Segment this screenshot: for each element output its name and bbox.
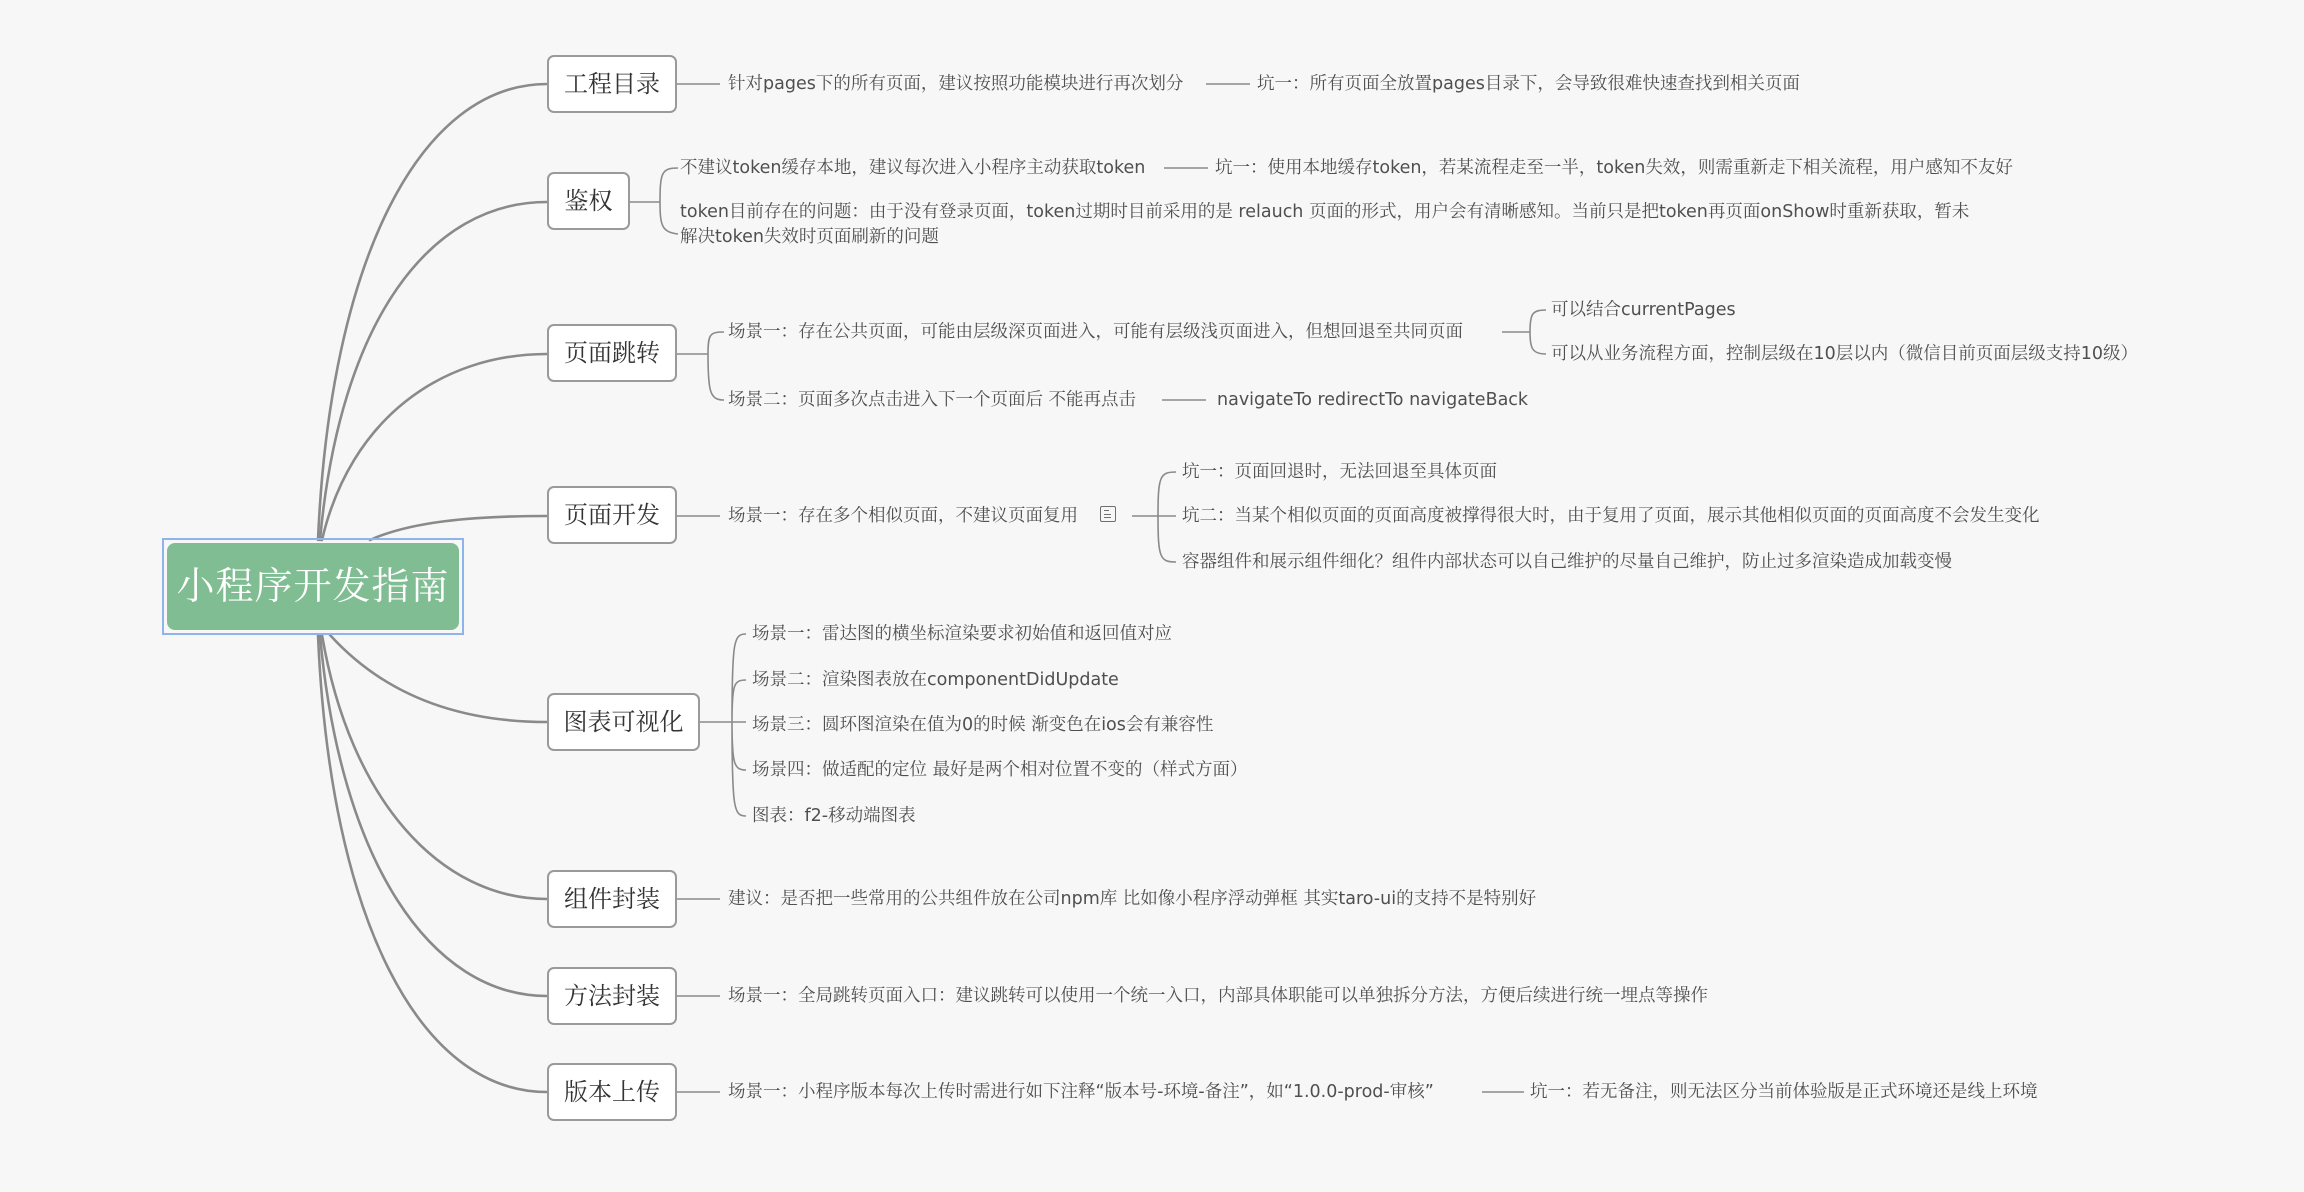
leaf-node[interactable]: 坑一：所有页面全放置pages目录下，会导致很难快速查找到相关页面 xyxy=(1257,73,1800,95)
leaf-node[interactable]: 图表：f2-移动端图表 xyxy=(752,805,916,827)
root-node[interactable]: 小程序开发指南 xyxy=(167,543,459,630)
leaf-node[interactable]: 场景四：做适配的定位 最好是两个相对位置不变的（样式方面） xyxy=(752,759,1248,781)
leaf-node[interactable]: 不建议token缓存本地，建议每次进入小程序主动获取token xyxy=(680,157,1145,179)
topic-authentication[interactable]: 鉴权 xyxy=(547,172,630,230)
leaf-node[interactable]: 坑一：若无备注，则无法区分当前体验版是正式环境还是线上环境 xyxy=(1530,1081,2038,1103)
leaf-node[interactable]: 坑一：页面回退时，无法回退至具体页面 xyxy=(1182,461,1497,483)
leaf-node[interactable]: 场景三：圆环图渲染在值为0的时候 渐变色在ios会有兼容性 xyxy=(752,714,1213,736)
topic-page-development[interactable]: 页面开发 xyxy=(547,486,677,544)
leaf-node[interactable]: 容器组件和展示组件细化？组件内部状态可以自己维护的尽量自己维护，防止过多渲染造成… xyxy=(1182,551,1952,573)
note-icon[interactable] xyxy=(1100,506,1116,522)
leaf-node[interactable]: 建议：是否把一些常用的公共组件放在公司npm库 比如像小程序浮动弹框 其实tar… xyxy=(728,888,1536,910)
leaf-node[interactable]: 场景一：雷达图的横坐标渲染要求初始值和返回值对应 xyxy=(752,623,1172,645)
mind-map-canvas[interactable]: 小程序开发指南 工程目录 针对pages下的所有页面，建议按照功能模块进行再次划… xyxy=(0,0,2304,1192)
topic-method-encapsulation[interactable]: 方法封装 xyxy=(547,967,677,1025)
leaf-node[interactable]: 场景一：小程序版本每次上传时需进行如下注释“版本号-环境-备注”，如“1.0.0… xyxy=(728,1081,1434,1103)
leaf-node[interactable]: token目前存在的问题：由于没有登录页面，token过期时目前采用的是 rel… xyxy=(680,200,1970,250)
leaf-node[interactable]: 场景一：存在公共页面，可能由层级深页面进入，可能有层级浅页面进入，但想回退至共同… xyxy=(728,321,1463,343)
leaf-node[interactable]: 可以从业务流程方面，控制层级在10层以内（微信目前页面层级支持10级） xyxy=(1551,343,2138,365)
leaf-node[interactable]: 场景一：存在多个相似页面，不建议页面复用 xyxy=(728,505,1078,527)
leaf-node[interactable]: 可以结合currentPages xyxy=(1551,299,1736,321)
topic-component-encapsulation[interactable]: 组件封装 xyxy=(547,870,677,928)
topic-page-navigation[interactable]: 页面跳转 xyxy=(547,324,677,382)
topic-project-directory[interactable]: 工程目录 xyxy=(547,55,677,113)
leaf-node[interactable]: 场景二：渲染图表放在componentDidUpdate xyxy=(752,669,1119,691)
topic-chart-visualization[interactable]: 图表可视化 xyxy=(547,693,700,751)
leaf-node[interactable]: 场景二：页面多次点击进入下一个页面后 不能再点击 xyxy=(728,389,1136,411)
leaf-node[interactable]: navigateTo redirectTo navigateBack xyxy=(1217,389,1528,411)
topic-version-upload[interactable]: 版本上传 xyxy=(547,1063,677,1121)
leaf-node[interactable]: 针对pages下的所有页面，建议按照功能模块进行再次划分 xyxy=(728,73,1183,95)
leaf-node[interactable]: 场景一：全局跳转页面入口：建议跳转可以使用一个统一入口，内部具体职能可以单独拆分… xyxy=(728,985,1708,1007)
leaf-node[interactable]: 坑一：使用本地缓存token，若某流程走至一半，token失效，则需重新走下相关… xyxy=(1215,157,2013,179)
leaf-node[interactable]: 坑二：当某个相似页面的页面高度被撑得很大时，由于复用了页面，展示其他相似页面的页… xyxy=(1182,505,2040,527)
